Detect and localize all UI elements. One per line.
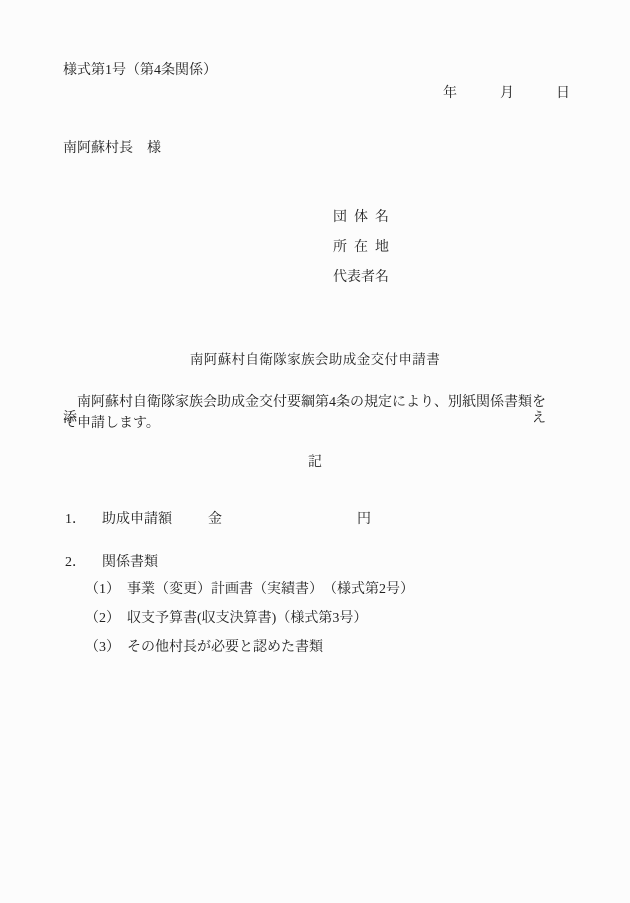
grant-amount-label: 助成申請額 bbox=[102, 512, 172, 528]
month-label: 月 bbox=[500, 86, 514, 102]
currency-suffix: 円 bbox=[357, 512, 371, 528]
org-name-label: 団体名 bbox=[333, 210, 389, 226]
record-mark: 記 bbox=[0, 455, 630, 471]
grant-amount-row: 1． 助成申請額 金 円 bbox=[0, 512, 630, 528]
sub-item-2: （2） 収支予算書(収支決算書)（様式第3号） bbox=[85, 611, 367, 627]
grant-amount-number: 1． bbox=[65, 512, 86, 528]
sub-item-3: （3） その他村長が必要と認めた書類 bbox=[85, 640, 323, 656]
related-documents-row: 2． 関係書類 bbox=[0, 555, 630, 571]
currency-prefix: 金 bbox=[208, 512, 222, 528]
related-documents-number: 2． bbox=[65, 555, 86, 571]
form-number: 様式第1号（第4条関係） bbox=[63, 63, 217, 79]
day-label: 日 bbox=[556, 86, 570, 102]
body-paragraph-line-2: て申請します。 bbox=[63, 416, 546, 432]
address-label: 所在地 bbox=[333, 240, 389, 256]
document-page: 様式第1号（第4条関係） 年 月 日 南阿蘇村長 様 団体名 所在地 代表者名 … bbox=[0, 0, 630, 903]
year-label: 年 bbox=[443, 86, 457, 102]
sub-item-1: （1） 事業（変更）計画書（実績書） （様式第2号） bbox=[85, 582, 414, 598]
document-title: 南阿蘇村自衛隊家族会助成金交付申請書 bbox=[0, 352, 630, 368]
addressee: 南阿蘇村長 様 bbox=[63, 141, 161, 157]
date-line: 年 月 日 bbox=[0, 86, 630, 102]
representative-label: 代表者名 bbox=[333, 270, 389, 286]
related-documents-label: 関係書類 bbox=[102, 555, 158, 571]
